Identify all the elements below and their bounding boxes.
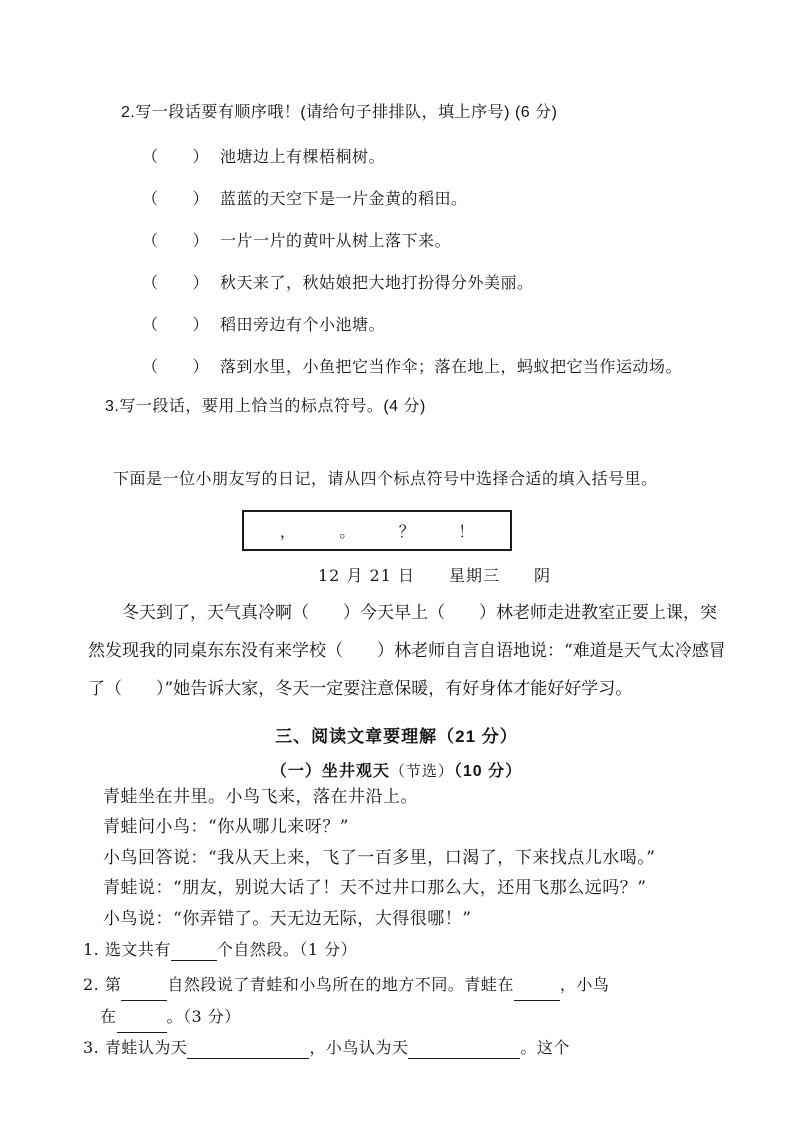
diary-text: 冬天到了，天气真冷啊（ ）今天早上（ ）林老师走进教室正要上课，突 然发现我的同… (88, 594, 722, 708)
ordering-exercise-title: 2.写一段话要有顺序哦！(请给句子排排队，填上序号) (6 分) (121, 102, 557, 124)
diary-instruction: 下面是一位小朋友写的日记，请从四个标点符号中选择合适的填入括号里。 (113, 469, 658, 491)
answer-blank (121, 984, 167, 1001)
answer-bracket-open: （ (142, 233, 159, 250)
diary-line: 然发现我的同桌东东没有来学校（ ）林老师自言自语地说：“难道是天气太冷感冒 (88, 632, 722, 670)
question-text: 3. 青蛙认为天 (83, 1038, 187, 1057)
question-line: 2. 第自然段说了青蛙和小鸟所在的地方不同。青蛙在，小鸟 (83, 969, 609, 1001)
exam-page: 2.写一段话要有顺序哦！(请给句子排排队，填上序号) (6 分) （）池塘边上有… (0, 0, 793, 1122)
ordering-item-text: 稻田旁边有个小池塘。 (220, 317, 385, 334)
question-text: 1. 选文共有 (83, 940, 171, 959)
question-text: 在 (100, 1007, 117, 1026)
answer-bracket-close: ） (193, 191, 210, 208)
diary-line: 冬天到了，天气真冷啊（ ）今天早上（ ）林老师走进教室正要上课，突 (88, 594, 722, 632)
ordering-item-text: 池塘边上有棵梧桐树。 (220, 149, 385, 166)
answer-blank (514, 984, 560, 1001)
diary-line: 了（ ）”她告诉大家，冬天一定要注意保暖，有好身体才能好好学习。 (88, 670, 722, 708)
answer-blank (187, 1042, 309, 1059)
reading-passage: 青蛙坐在井里。小鸟飞来，落在井沿上。 青蛙问小鸟：“你从哪儿来呀？” 小鸟回答说… (103, 782, 655, 934)
question-text: ，小鸟认为天 (309, 1038, 408, 1057)
answer-blank (171, 944, 217, 961)
ordering-item: （）稻田旁边有个小池塘。 (142, 305, 682, 347)
answer-bracket-open: （ (142, 359, 159, 376)
ordering-item: （）池塘边上有棵梧桐树。 (142, 137, 682, 179)
reading-subheading: （一）坐井观天（节选）（10 分） (0, 759, 793, 784)
ordering-item-text: 蓝蓝的天空下是一片金黄的稻田。 (220, 191, 468, 208)
reading-subheading-score: （10 分） (454, 763, 522, 780)
punctuation-options-box: ， 。 ？ ！ (242, 510, 512, 551)
ordering-item: （）蓝蓝的天空下是一片金黄的稻田。 (142, 179, 682, 221)
punctuation-option-exclaim: ！ (458, 519, 474, 542)
question-text: ，小鸟 (560, 975, 610, 994)
question-text: 自然段说了青蛙和小鸟所在的地方不同。青蛙在 (167, 975, 514, 994)
answer-bracket-close: ） (193, 275, 210, 292)
ordering-item: （）一片一片的黄叶从树上落下来。 (142, 221, 682, 263)
ordering-item-text: 一片一片的黄叶从树上落下来。 (220, 233, 451, 250)
reading-question-2: 2. 第自然段说了青蛙和小鸟所在的地方不同。青蛙在，小鸟 在。（3 分） (83, 969, 609, 1033)
ordering-item-text: 落到水里，小鱼把它当作伞；落在地上，蚂蚁把它当作运动场。 (220, 359, 682, 376)
passage-line: 青蛙坐在井里。小鸟飞来，落在井沿上。 (103, 782, 655, 812)
ordering-items-list: （）池塘边上有棵梧桐树。 （）蓝蓝的天空下是一片金黄的稻田。 （）一片一片的黄叶… (142, 137, 682, 389)
reading-subheading-excerpt-note: （节选） (390, 762, 454, 780)
answer-bracket-open: （ (142, 275, 159, 292)
punctuation-option-question: ？ (399, 519, 415, 542)
answer-bracket-open: （ (142, 317, 159, 334)
passage-line: 青蛙问小鸟：“你从哪儿来呀？” (103, 812, 655, 842)
ordering-item: （）秋天来了，秋姑娘把大地打扮得分外美丽。 (142, 263, 682, 305)
punctuation-option-comma: ， (280, 519, 296, 542)
answer-bracket-open: （ (142, 191, 159, 208)
question-text: 。这个 (520, 1038, 570, 1057)
passage-line: 青蛙说：“朋友，别说大话了！天不过井口那么大，还用飞那么远吗？” (103, 873, 655, 903)
passage-line: 小鸟回答说：“我从天上来，飞了一百多里，口渴了，下来找点儿水喝。” (103, 843, 655, 873)
answer-bracket-close: ） (193, 149, 210, 166)
punctuation-option-period: 。 (339, 519, 355, 542)
question-text: 2. 第 (83, 975, 121, 994)
question-text: 个自然段。（1 分） (217, 940, 357, 959)
punctuation-exercise-title: 3.写一段话，要用上恰当的标点符号。(4 分) (105, 396, 426, 418)
question-text: 。（3 分） (167, 1007, 241, 1026)
diary-date-line: 12 月 21 日 星期三 阴 (318, 565, 551, 587)
answer-blank (117, 1016, 167, 1033)
answer-bracket-close: ） (193, 359, 210, 376)
ordering-item-text: 秋天来了，秋姑娘把大地打扮得分外美丽。 (220, 275, 534, 292)
question-line: 在。（3 分） (83, 1001, 609, 1033)
ordering-item: （）落到水里，小鱼把它当作伞；落在地上，蚂蚁把它当作运动场。 (142, 347, 682, 389)
answer-bracket-close: ） (193, 317, 210, 334)
answer-bracket-close: ） (193, 233, 210, 250)
answer-bracket-open: （ (142, 149, 159, 166)
reading-question-3: 3. 青蛙认为天，小鸟认为天。这个 (83, 1037, 570, 1059)
reading-question-1: 1. 选文共有个自然段。（1 分） (83, 939, 357, 961)
passage-line: 小鸟说：“你弄错了。天无边无际，大得很哪！” (103, 904, 655, 934)
reading-section-heading: 三、阅读文章要理解（21 分） (0, 725, 793, 749)
answer-blank (408, 1042, 520, 1059)
reading-subheading-title: （一）坐井观天 (271, 763, 390, 780)
